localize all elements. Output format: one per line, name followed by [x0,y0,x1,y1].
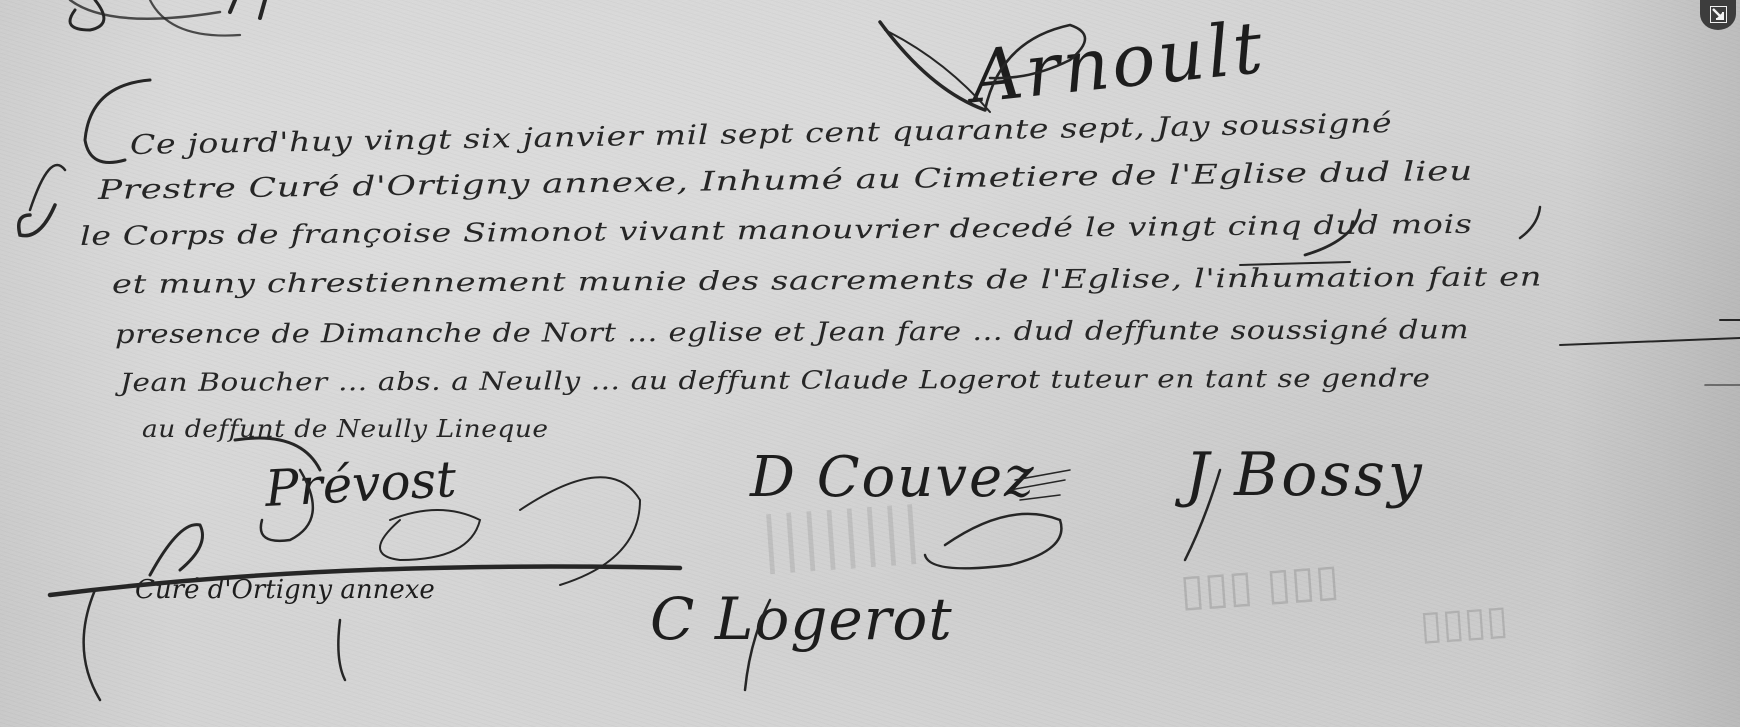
text-line-6: Jean Boucher … abs. a Neully … au deffun… [120,363,1431,397]
manuscript-page: ▯▯▯ ▯▯▯ |||||||| ▯▯▯▯ Arnoult Ce jourd'h… [0,0,1740,727]
text-line-5: presence de Dimanche de Nort … eglise et… [115,315,1469,350]
signature-bossy: J Bossy [1185,440,1425,510]
signature-prevost: Prévost [264,450,458,518]
signature-logerot: C Logerot [650,585,953,653]
expand-arrow-icon [1710,6,1727,23]
bleed-through-text: ▯▯▯▯ [1419,597,1510,649]
signature-cure-title: Curé d'Ortigny annexe [135,575,435,605]
text-line-7: au deffunt de Neully Lineque [142,415,549,443]
signature-couvez: D Couvez [750,445,1036,510]
